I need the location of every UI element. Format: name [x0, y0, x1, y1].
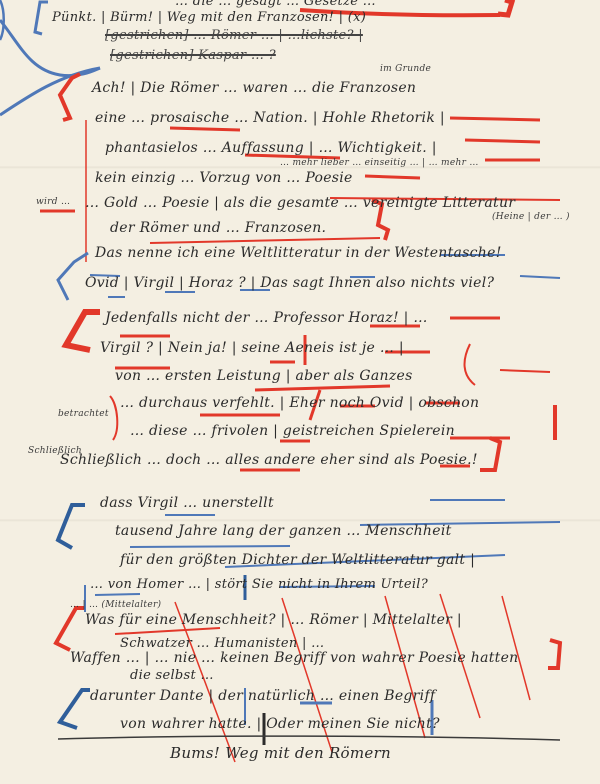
manuscript-line: phantasielos … Auffassung | … Wichtigkei…: [105, 140, 437, 156]
manuscript-line: von wahrer hatte. | Oder meinen Sie nich…: [120, 716, 440, 732]
manuscript-line: der Römer und … Franzosen.: [110, 220, 326, 236]
manuscript-line: Ovid | Virgil | Horaz ? | Das sagt Ihnen…: [85, 275, 494, 291]
margin-note: wird …: [36, 197, 70, 207]
manuscript-line: für den größten Dichter der Weltlitterat…: [120, 552, 475, 568]
margin-note: Schließlich: [28, 446, 82, 456]
closing-line: Bums! Weg mit den Römern: [170, 744, 391, 762]
interlinear-insertion: … | … (Mittelalter): [70, 600, 161, 610]
manuscript-line: Ach! | Die Römer … waren … die Franzosen: [92, 80, 416, 96]
manuscript-line: Jedenfalls nicht der … Professor Horaz! …: [105, 310, 428, 326]
manuscript-line: Was für eine Menschheit? | … Römer | Mit…: [85, 612, 462, 628]
manuscript-line: Waffen … | … nie … keinen Begriff von wa…: [70, 650, 518, 666]
manuscript-line: … Gold … Poesie | als die gesamte … vere…: [85, 195, 515, 211]
manuscript-line-struck: [gestrichen] … Römer … | …lichste? |: [105, 28, 363, 43]
interlinear-insertion: im Grunde: [380, 64, 431, 74]
manuscript-line: Pünkt. | Bürm! | Weg mit den Franzosen! …: [52, 10, 366, 25]
manuscript-line: Schwatzer … Humanisten | …: [120, 636, 324, 651]
manuscript-line: … diese … frivolen | geistreichen Spiele…: [130, 423, 455, 439]
manuscript-page: … die … gesagt … Gesetze … Pünkt. | Bürm…: [0, 0, 600, 784]
manuscript-line: … von Homer … | stört Sie nicht in Ihrem…: [90, 577, 428, 592]
manuscript-line-struck: [gestrichen] Kaspar … ?: [110, 48, 276, 63]
manuscript-line: von … ersten Leistung | aber als Ganzes: [115, 368, 413, 384]
manuscript-line: dass Virgil … unerstellt: [100, 495, 274, 511]
margin-note: betrachtet: [58, 409, 109, 419]
manuscript-line: kein einzig … Vorzug von … Poesie: [95, 170, 353, 186]
interlinear-insertion: … mehr lieber … einseitig … | … mehr …: [280, 158, 479, 168]
manuscript-line: eine … prosaische … Nation. | Hohle Rhet…: [95, 110, 445, 126]
margin-note: (Heine | der … ): [492, 212, 570, 222]
manuscript-line: Schließlich … doch … alles andere eher s…: [60, 452, 478, 468]
manuscript-line: die selbst …: [130, 668, 214, 683]
manuscript-line: … die … gesagt … Gesetze …: [175, 0, 376, 9]
manuscript-line: Virgil ? | Nein ja! | seine Aeneis ist j…: [100, 340, 404, 356]
manuscript-line: Das nenne ich eine Weltlitteratur in der…: [95, 245, 502, 261]
manuscript-line: tausend Jahre lang der ganzen … Menschhe…: [115, 523, 452, 539]
manuscript-line: darunter Dante | der natürlich … einen B…: [90, 688, 435, 704]
manuscript-line: … durchaus verfehlt. | Eher noch Ovid | …: [120, 395, 479, 411]
